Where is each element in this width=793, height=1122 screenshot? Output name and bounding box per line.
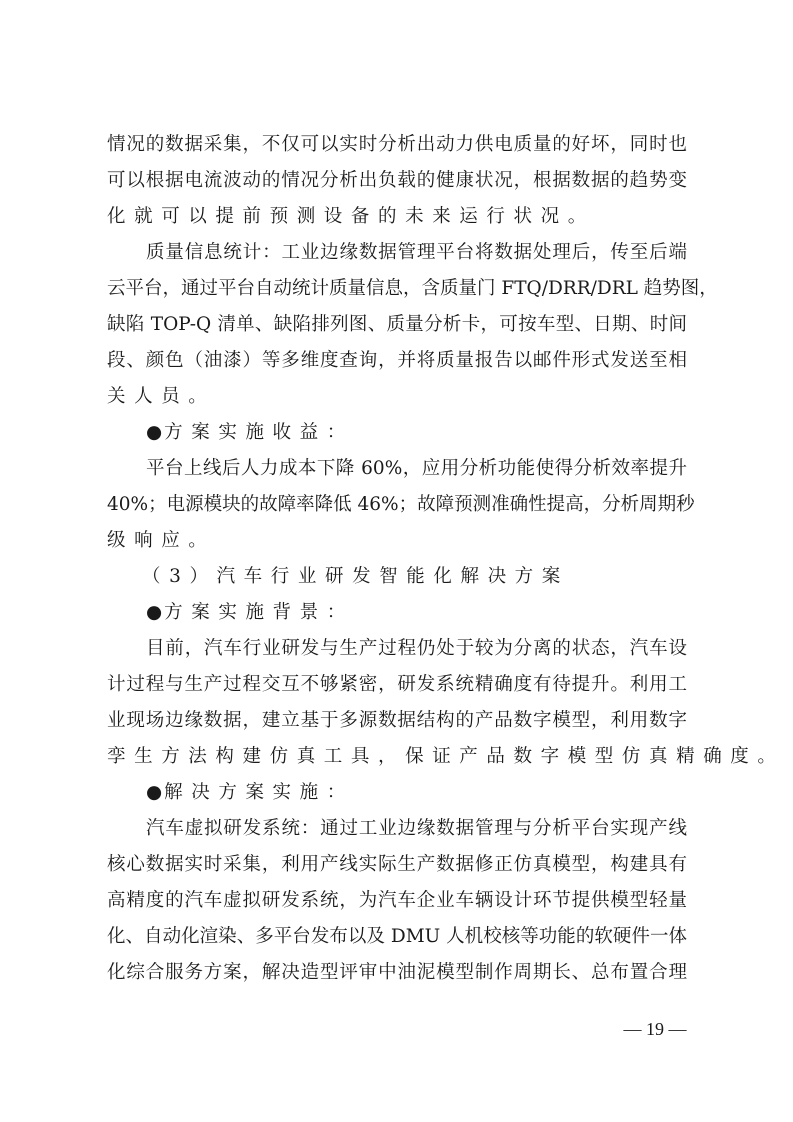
bullet-heading: ●方案实施背景：	[146, 602, 687, 624]
text-line: 段、颜色（油漆）等多维度查询，并将质量报告以邮件形式发送至相	[107, 350, 687, 372]
text-line: 可以根据电流波动的情况分析出负载的健康状况，根据数据的趋势变	[107, 170, 687, 192]
section-heading: （3）汽车行业研发智能化解决方案	[142, 566, 683, 588]
bullet-heading: ●解决方案实施：	[146, 782, 687, 804]
bullet-icon: ●	[146, 602, 162, 624]
bullet-icon: ●	[146, 782, 162, 804]
bullet-heading-text: 方案实施收益：	[164, 422, 354, 443]
text-line: 40%；电源模块的故障率降低 46%；故障预测准确性提高，分析周期秒	[107, 494, 687, 516]
text-line: 化综合服务方案，解决造型评审中油泥模型制作周期长、总布置合理	[107, 962, 687, 984]
text-line: 关人员。	[107, 386, 687, 408]
text-line: 云平台，通过平台自动统计质量信息，含质量门 FTQ/DRR/DRL 趋势图，	[107, 278, 687, 300]
text-line: 业现场边缘数据，建立基于多源数据结构的产品数字模型，利用数字	[107, 710, 687, 732]
bullet-icon: ●	[146, 422, 162, 444]
text-line: 汽车虚拟研发系统：通过工业边缘数据管理与分析平台实现产线	[146, 818, 687, 840]
text-line: 质量信息统计：工业边缘数据管理平台将数据处理后，传至后端	[146, 242, 687, 264]
bullet-heading: ●方案实施收益：	[146, 422, 687, 444]
bullet-heading-text: 解决方案实施：	[164, 782, 354, 803]
text-line: 平台上线后人力成本下降 60%，应用分析功能使得分析效率提升	[146, 458, 687, 480]
document-page: 情况的数据采集，不仅可以实时分析出动力供电质量的好坏，同时也 可以根据电流波动的…	[0, 0, 793, 1122]
text-line: 化就可以提前预测设备的未来运行状况。	[107, 206, 687, 228]
text-line: 高精度的汽车虚拟研发系统，为汽车企业车辆设计环节提供模型轻量	[107, 890, 687, 912]
text-line: 核心数据实时采集，利用产线实际生产数据修正仿真模型，构建具有	[107, 854, 687, 876]
text-line: 情况的数据采集，不仅可以实时分析出动力供电质量的好坏，同时也	[107, 134, 687, 156]
bullet-heading-text: 方案实施背景：	[164, 602, 354, 623]
text-line: 目前，汽车行业研发与生产过程仍处于较为分离的状态，汽车设	[146, 638, 687, 660]
text-line: 计过程与生产过程交互不够紧密，研发系统精确度有待提升。利用工	[107, 674, 687, 696]
text-line: 化、自动化渲染、多平台发布以及 DMU 人机校核等功能的软硬件一体	[107, 926, 687, 948]
text-line: 缺陷 TOP-Q 清单、缺陷排列图、质量分析卡，可按车型、日期、时间	[107, 314, 687, 336]
text-line: 级响应。	[107, 530, 687, 552]
text-line: 孪生方法构建仿真工具，保证产品数字模型仿真精确度。	[107, 746, 687, 768]
page-number: — 19 —	[620, 1019, 690, 1040]
